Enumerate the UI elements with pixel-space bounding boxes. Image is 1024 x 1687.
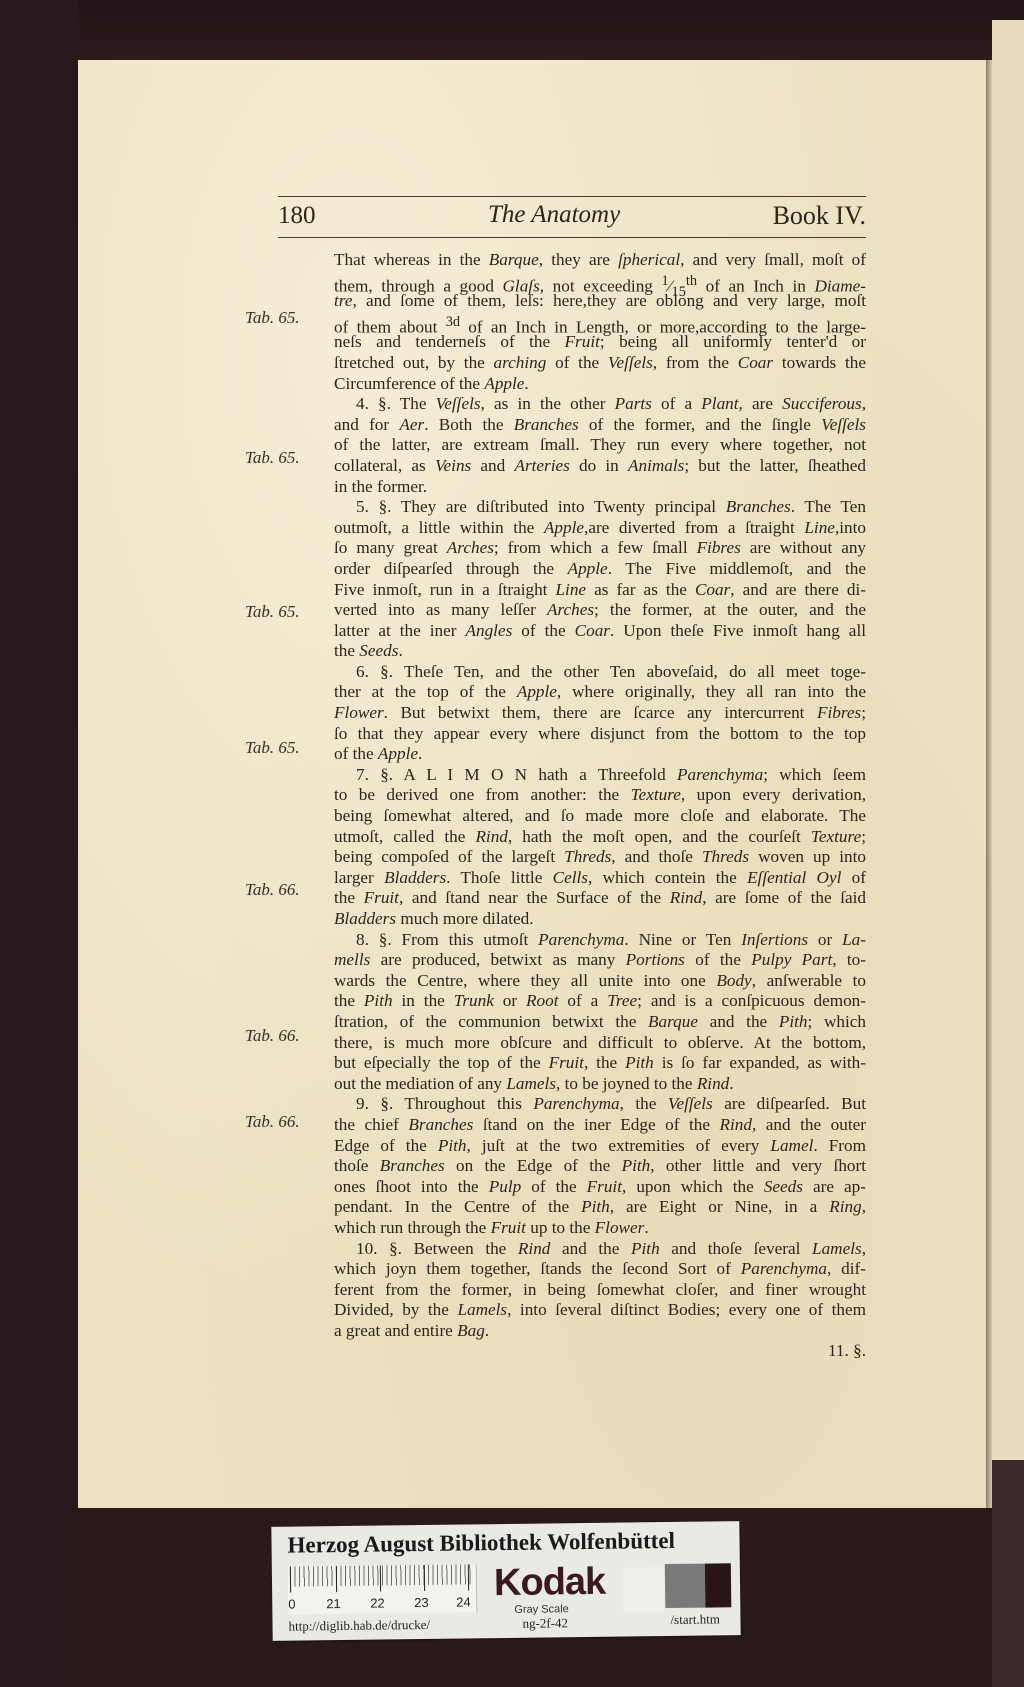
text-line: 5. §. They are diſtributed into Twenty p…	[334, 497, 866, 518]
text-line: ferent from the former, in being ſomewha…	[334, 1280, 866, 1301]
adjacent-page-shadow	[992, 1460, 1024, 1687]
text-line: collateral, as Veins and Arteries do in …	[334, 456, 866, 477]
ruler-label: 0	[288, 1597, 295, 1612]
ruler-label: 24	[456, 1594, 471, 1609]
text-line: verted into as many leſſer Arches; the f…	[334, 600, 866, 621]
text-line: of the Apple.	[334, 744, 866, 765]
text-line: 7. §. A L I M O N hath a Threefold Paren…	[334, 765, 866, 786]
book-label: Book IV.	[773, 201, 866, 231]
text-line: being ſomewhat altered, and ſo made more…	[334, 806, 866, 827]
text-line: pendant. In the Centre of the Pith, are …	[334, 1197, 866, 1218]
library-name: Herzog August Bibliothek Wolfenbüttel	[287, 1528, 675, 1559]
text-line: order diſpearſed through the Apple. The …	[334, 559, 866, 580]
text-line: the chief Branches ſtand on the iner Edg…	[334, 1115, 866, 1136]
ruler-label: 22	[370, 1595, 385, 1610]
text-line: which joyn them together, ſtands the ſec…	[334, 1259, 866, 1280]
gray-swatch-dark	[705, 1563, 732, 1607]
ruler-major-tick	[336, 1566, 338, 1592]
url-suffix: /start.htm	[670, 1611, 720, 1628]
ruler-label: 23	[414, 1595, 429, 1610]
text-line: mells are produced, betwixt as many Port…	[334, 950, 866, 971]
library-scan-card: Herzog August Bibliothek Wolfenbüttel 0 …	[271, 1521, 740, 1641]
text-line: 10. §. Between the Rind and the Pith and…	[334, 1239, 866, 1260]
text-line: out the mediation of any Lamels, to be j…	[334, 1074, 866, 1095]
text-line: utmoſt, called the Rind, hath the moſt o…	[334, 827, 866, 848]
text-line: outmoſt, a little within the Apple,are d…	[334, 518, 866, 539]
text-line: Circumference of the Apple.	[334, 374, 866, 395]
text-line: ſtration, of the communion betwixt the B…	[334, 1012, 866, 1033]
running-header: 180 The Anatomy Book IV.	[278, 196, 866, 238]
text-line: That whereas in the Barque, they are ſph…	[334, 250, 866, 271]
gray-scale-label: Gray Scale	[514, 1603, 569, 1616]
ruler-major-tick	[468, 1564, 470, 1590]
margin-note-tab-reference: Tab. 66.	[245, 1112, 300, 1132]
text-line: ſtretched out, by the arching of the Veſ…	[334, 353, 866, 374]
text-line: the Fruit, and ſtand near the Surface of…	[334, 888, 866, 909]
text-line: of the latter, are extream ſmall. They r…	[334, 435, 866, 456]
adjacent-page-edge	[992, 20, 1024, 1460]
margin-note-tab-reference: Tab. 65.	[245, 448, 300, 468]
margin-note-tab-reference: Tab. 65.	[245, 308, 300, 328]
text-line: 6. §. Theſe Ten, and the other Ten above…	[334, 662, 866, 683]
url-base: http://diglib.hab.de/drucke/	[288, 1617, 430, 1635]
margin-note-tab-reference: Tab. 65.	[245, 738, 300, 758]
text-line: the Seeds.	[334, 641, 866, 662]
text-line: ones ſhoot into the Pulp of the Fruit, u…	[334, 1177, 866, 1198]
text-line: to be derived one from another: the Text…	[334, 785, 866, 806]
page-number: 180	[278, 202, 316, 230]
text-line: Flower. But betwixt them, there are ſcar…	[334, 703, 866, 724]
text-line: thoſe Branches on the Edge of the Pith, …	[334, 1156, 866, 1177]
text-line: Divided, by the Lamels, into ſeveral diſ…	[334, 1300, 866, 1321]
ruler-scale: 0 21 22 23 24	[288, 1564, 478, 1614]
page-gutter	[986, 60, 992, 1508]
text-line: ſo many great Arches; from which a few ſ…	[334, 538, 866, 559]
text-line: larger Bladders. Thoſe little Cells, whi…	[334, 868, 866, 889]
text-line: in the former.	[334, 477, 866, 498]
text-line: 8. §. From this utmoſt Parenchyma. Nine …	[334, 930, 866, 951]
body-text: That whereas in the Barque, they are ſph…	[334, 250, 866, 1362]
gray-swatch-mid	[665, 1564, 706, 1608]
text-line: but eſpecially the top of the Fruit, the…	[334, 1053, 866, 1074]
text-line: of them about 3d of an Inch in Length, o…	[334, 312, 866, 333]
text-line: Five inmoſt, run in a ſtraight Line as f…	[334, 580, 866, 601]
ruler-major-tick	[380, 1566, 382, 1592]
margin-note-tab-reference: Tab. 65.	[245, 602, 300, 622]
text-line: the Pith in the Trunk or Root of a Tree;…	[334, 991, 866, 1012]
text-line: and for Aer. Both the Branches of the fo…	[334, 415, 866, 436]
margin-note-tab-reference: Tab. 66.	[245, 880, 300, 900]
text-line: ther at the top of the Apple, where orig…	[334, 682, 866, 703]
text-line: them, through a good Glaſs, not exceedin…	[334, 271, 866, 292]
url-id: ng-2f-42	[522, 1615, 568, 1632]
scan-background-left	[0, 0, 78, 1687]
text-line: 11. §.	[334, 1341, 866, 1362]
text-line: neſs and tenderneſs of the Fruit; being …	[334, 332, 866, 353]
text-line: 4. §. The Veſſels, as in the other Parts…	[334, 394, 866, 415]
ruler-major-tick	[290, 1567, 292, 1593]
text-line: tre, and ſome of them, leſs: here,they a…	[334, 291, 866, 312]
text-line: Bladders much more dilated.	[334, 909, 866, 930]
text-line: ſo that they appear every where disjunct…	[334, 724, 866, 745]
margin-note-tab-reference: Tab. 66.	[245, 1026, 300, 1046]
running-title: The Anatomy	[488, 201, 620, 229]
kodak-logo: Kodak	[494, 1561, 606, 1605]
gray-swatch-white	[622, 1567, 665, 1612]
text-line: latter at the iner Angles of the Coar. U…	[334, 621, 866, 642]
ruler-label: 21	[326, 1596, 341, 1611]
text-line: which run through the Fruit up to the Fl…	[334, 1218, 866, 1239]
text-line: 9. §. Throughout this Parenchyma, the Ve…	[334, 1094, 866, 1115]
ruler-ticks	[290, 1564, 474, 1586]
text-line: a great and entire Bag.	[334, 1321, 866, 1342]
text-line: being compoſed of the largeſt Threds, an…	[334, 847, 866, 868]
text-line: Edge of the Pith, juſt at the two extrem…	[334, 1136, 866, 1157]
text-line: wards the Centre, where they all unite i…	[334, 971, 866, 992]
text-line: there, is much more obſcure and difficul…	[334, 1033, 866, 1054]
